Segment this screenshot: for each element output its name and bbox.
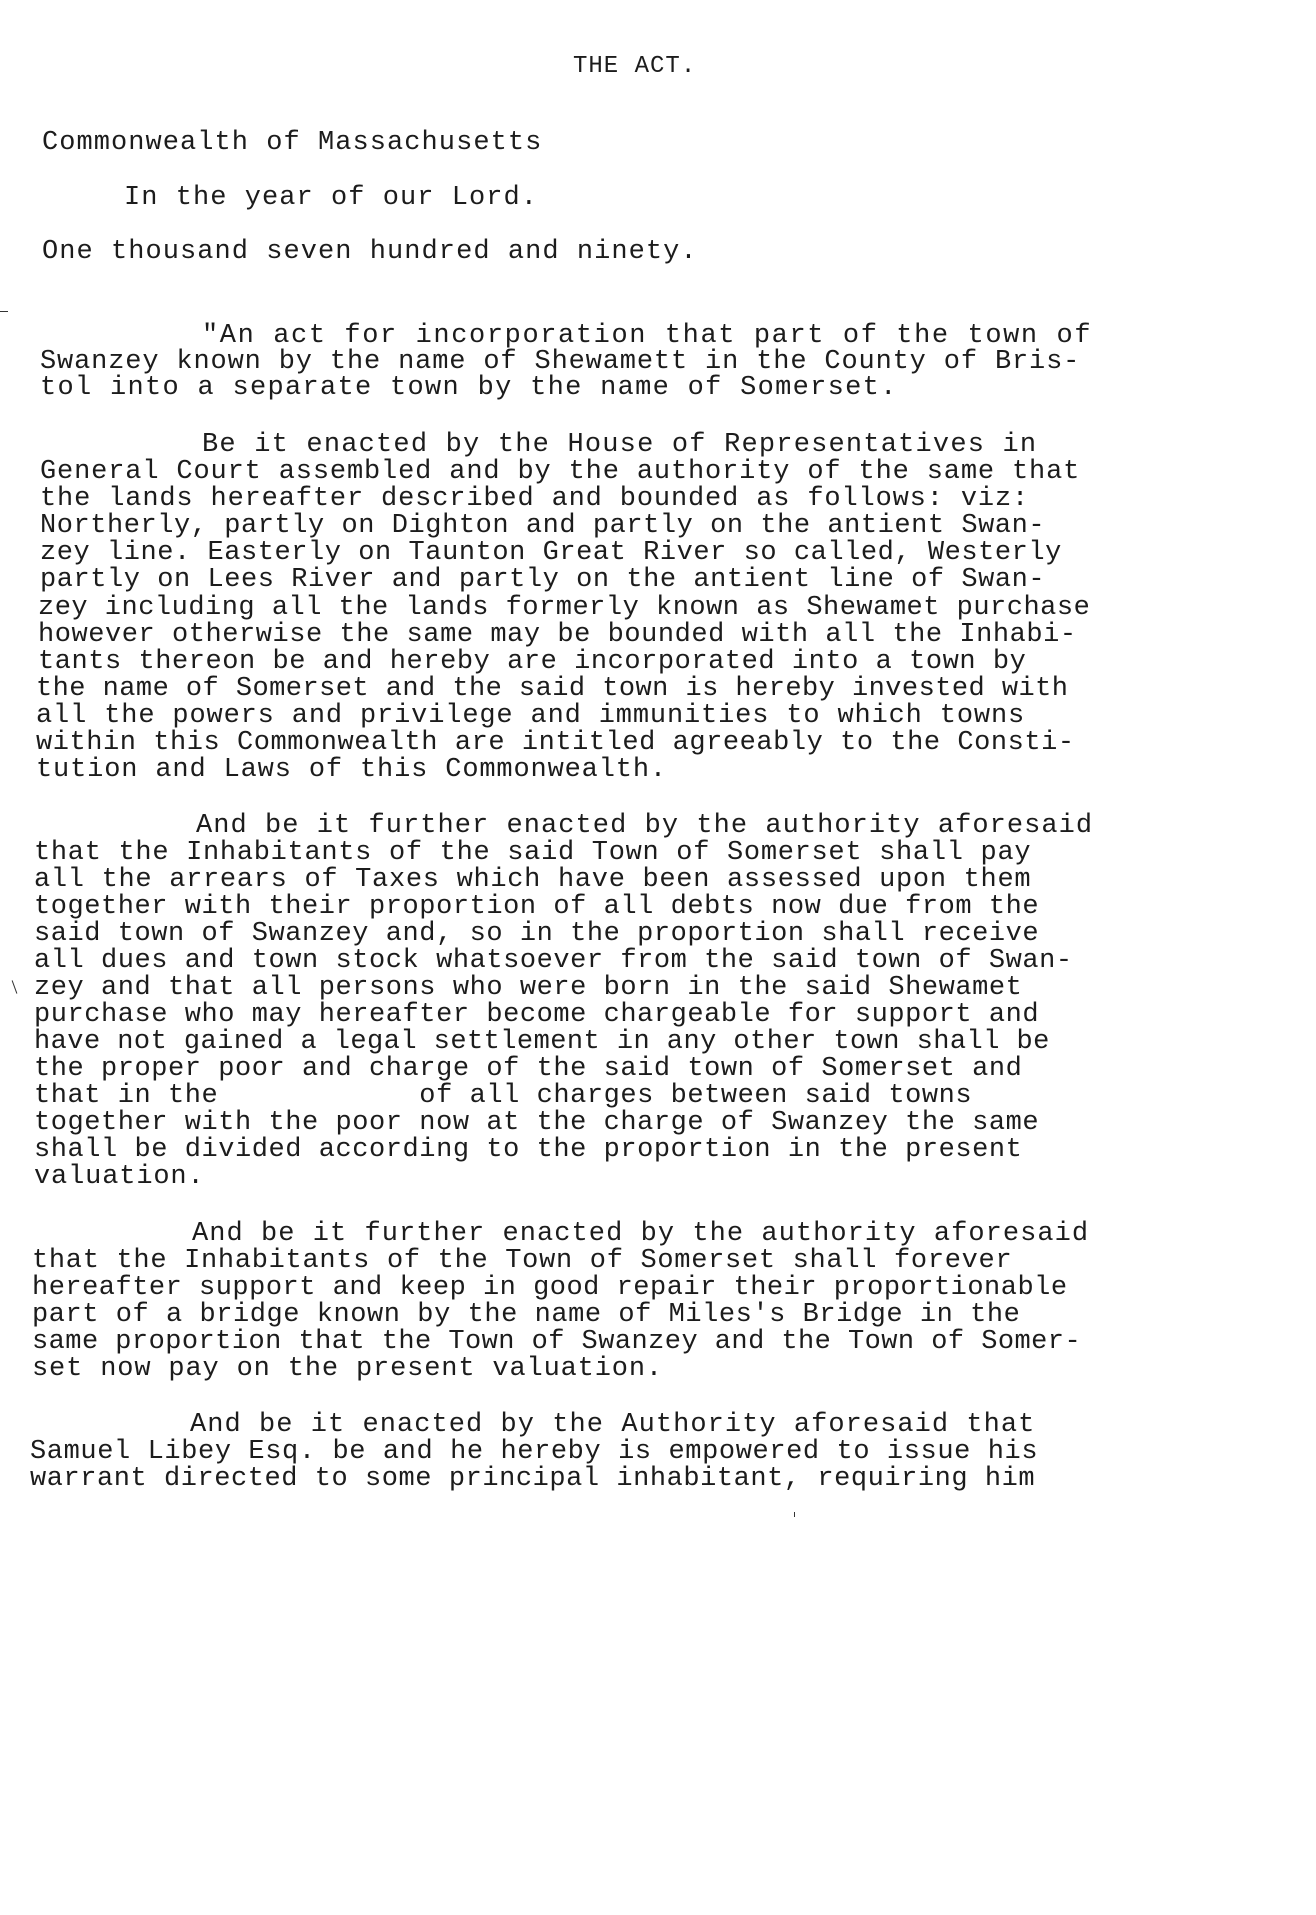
text-line: that the Inhabitants of the said Town of… bbox=[34, 838, 1031, 868]
scan-mark bbox=[12, 980, 18, 993]
text-line: within this Commonwealth are intitled ag… bbox=[36, 728, 1075, 758]
text-line: all the arrears of Taxes which have been… bbox=[34, 865, 1031, 895]
text-line: Samuel Libey Esq. be and he hereby is em… bbox=[30, 1437, 1038, 1467]
text-line: zey and that all persons who were born i… bbox=[34, 973, 1022, 1003]
text-line: hereafter support and keep in good repai… bbox=[32, 1273, 1068, 1303]
text-line: zey line. Easterly on Taunton Great Rive… bbox=[40, 538, 1062, 568]
scan-mark bbox=[0, 311, 8, 312]
text-line: that in the of all charges between said … bbox=[34, 1081, 972, 1111]
text-line: warrant directed to some principal inhab… bbox=[30, 1464, 1035, 1494]
text-line: all the powers and privilege and immunit… bbox=[36, 701, 1025, 731]
header-commonwealth: Commonwealth of Massachusetts bbox=[42, 128, 542, 158]
text-line: said town of Swanzey and, so in the prop… bbox=[34, 919, 1039, 949]
text-line: Be it enacted by the House of Representa… bbox=[202, 430, 1037, 460]
text-line: And be it further enacted by the authori… bbox=[196, 811, 1093, 841]
header-year: One thousand seven hundred and ninety. bbox=[42, 237, 698, 267]
text-line: part of a bridge known by the name of Mi… bbox=[32, 1300, 1020, 1330]
text-line: partly on Lees River and partly on the a… bbox=[40, 565, 1045, 595]
text-line: the lands hereafter described and bounde… bbox=[40, 484, 1029, 514]
document-title: THE ACT. bbox=[573, 52, 696, 82]
text-line: however otherwise the same may be bounde… bbox=[38, 620, 1077, 650]
text-line: the proper poor and charge of the said t… bbox=[34, 1054, 1022, 1084]
text-line: together with their proportion of all de… bbox=[34, 892, 1039, 922]
text-line: zey including all the lands formerly kno… bbox=[38, 593, 1090, 623]
text-line: valuation. bbox=[34, 1162, 205, 1192]
text-line: purchase who may hereafter become charge… bbox=[34, 1000, 1039, 1030]
document-page: THE ACT. Commonwealth of Massachusetts I… bbox=[0, 0, 1316, 1915]
text-line: Northerly, partly on Dighton and partly … bbox=[40, 511, 1045, 541]
text-line: together with the poor now at the charge… bbox=[34, 1108, 1039, 1138]
text-line: set now pay on the present valuation. bbox=[32, 1354, 663, 1384]
text-line: General Court assembled and by the autho… bbox=[40, 457, 1080, 487]
text-line: same proportion that the Town of Swanzey… bbox=[32, 1327, 1081, 1357]
header-year-of-lord: In the year of our Lord. bbox=[124, 183, 538, 213]
text-line: And be it further enacted by the authori… bbox=[192, 1219, 1089, 1249]
text-line: tol into a separate town by the name of … bbox=[40, 373, 898, 403]
text-line: that the Inhabitants of the Town of Some… bbox=[32, 1246, 1012, 1276]
text-line: all dues and town stock whatsoever from … bbox=[34, 946, 1073, 976]
text-line: tution and Laws of this Commonwealth. bbox=[36, 755, 667, 785]
text-line: tants thereon be and hereby are incorpor… bbox=[38, 647, 1026, 677]
text-line: And be it enacted by the Authority afore… bbox=[190, 1410, 1035, 1440]
text-line: have not gained a legal settlement in an… bbox=[34, 1027, 1050, 1057]
text-line: shall be divided according to the propor… bbox=[34, 1135, 1022, 1165]
scan-mark bbox=[794, 1512, 795, 1517]
text-line: the name of Somerset and the said town i… bbox=[36, 674, 1068, 704]
